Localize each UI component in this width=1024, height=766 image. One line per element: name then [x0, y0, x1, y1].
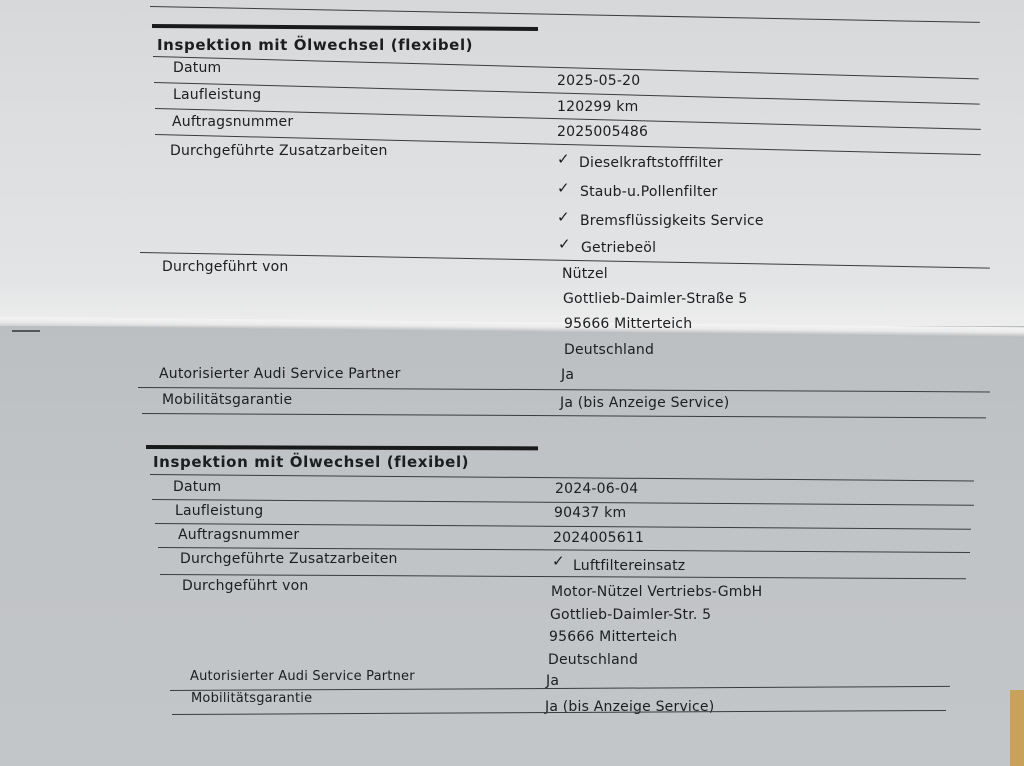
- address-line: Motor-Nützel Vertriebs-GmbH: [551, 584, 762, 600]
- label-durchgefuehrt-von: Durchgeführt von: [182, 578, 308, 594]
- value-datum: 2024-06-04: [555, 481, 638, 497]
- label-service-partner: Autorisierter Audi Service Partner: [190, 669, 415, 684]
- label-datum: Datum: [173, 479, 221, 495]
- address-line: Gottlieb-Daimler-Str. 5: [550, 607, 711, 623]
- service-entry-2024: Inspektion mit Ölwechsel (flexibel) Datu…: [0, 0, 1024, 766]
- value-service-partner: Ja: [546, 673, 559, 689]
- check-icon: ✓: [552, 552, 565, 570]
- label-mobilitaetsgarantie: Mobilitätsgarantie: [191, 691, 312, 706]
- value-laufleistung: 90437 km: [554, 505, 626, 521]
- section-heading-bar: [146, 445, 538, 450]
- zusatzarbeit-item: Luftfiltereinsatz: [573, 558, 685, 574]
- address-line: Deutschland: [548, 652, 638, 668]
- label-auftragsnummer: Auftragsnummer: [178, 527, 299, 543]
- section-title: Inspektion mit Ölwechsel (flexibel): [153, 453, 469, 471]
- label-zusatzarbeiten: Durchgeführte Zusatzarbeiten: [180, 551, 398, 567]
- address-line: 95666 Mitterteich: [549, 629, 677, 645]
- label-laufleistung: Laufleistung: [175, 503, 263, 519]
- value-auftragsnummer: 2024005611: [553, 530, 644, 546]
